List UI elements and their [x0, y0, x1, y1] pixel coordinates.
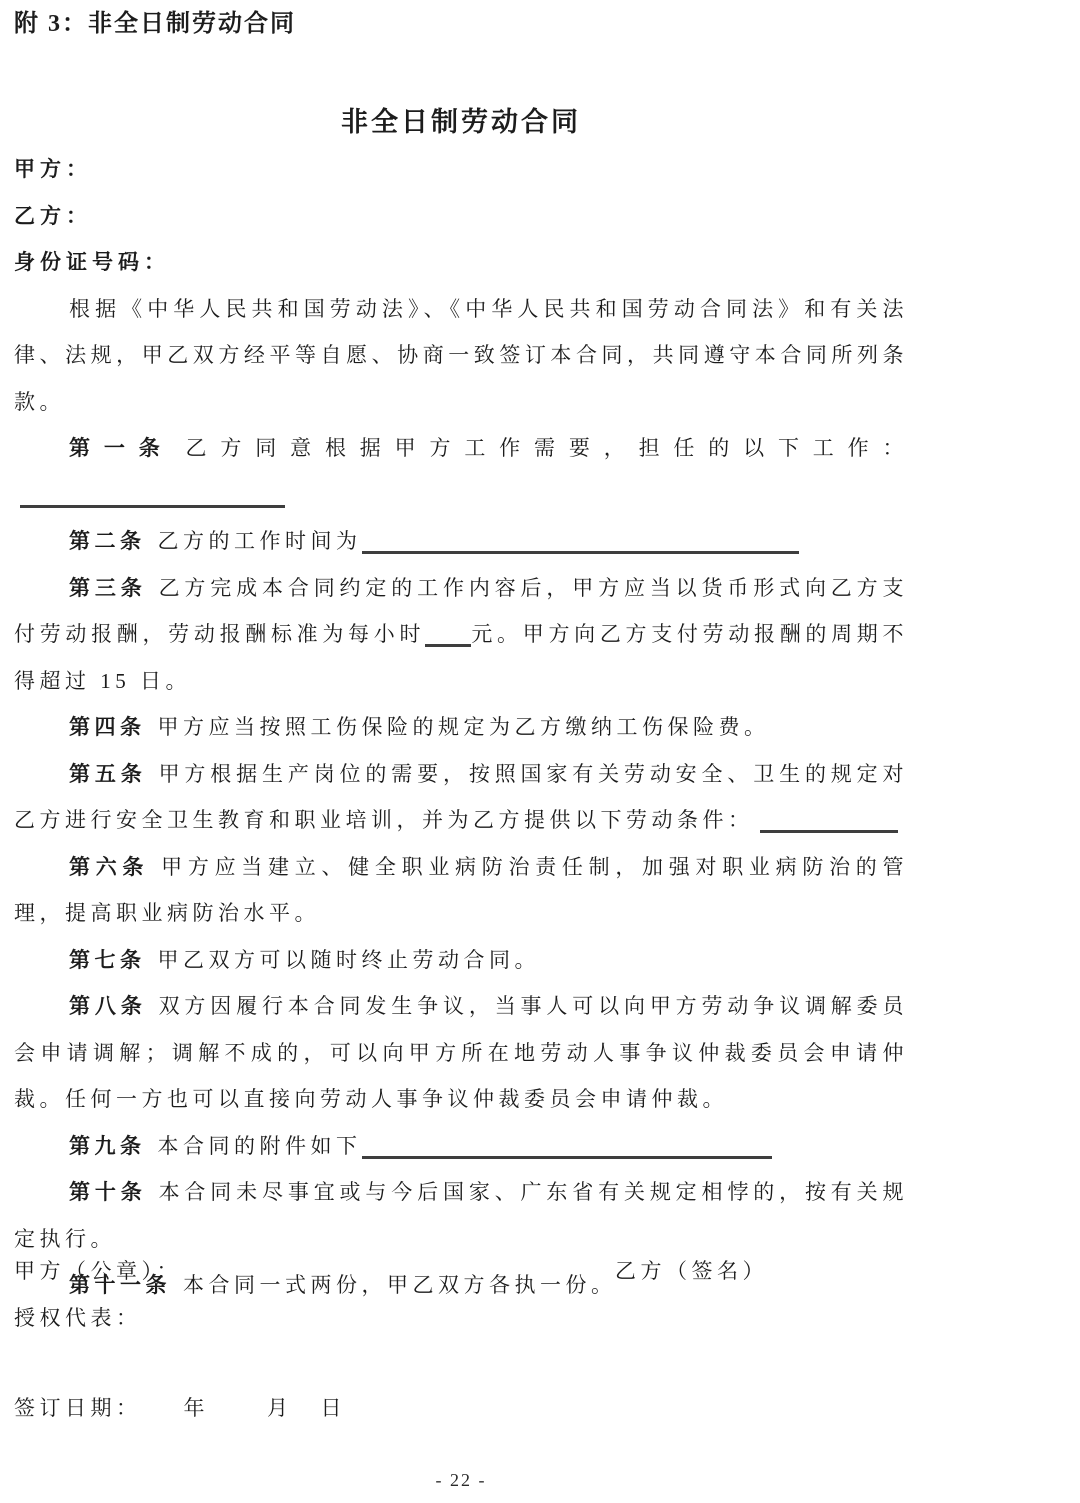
signature-row: 甲方（公章）： 乙方（签名）: [14, 1248, 908, 1295]
clause-7-text: 甲乙双方可以随时终止劳动合同。: [158, 948, 541, 972]
party-a-seal-label: 甲方（公章）：: [14, 1248, 615, 1295]
sign-date-line: 签订日期：年月日: [14, 1385, 908, 1432]
clause-8-text: 双方因履行本合同发生争议，当事人可以向甲方劳动争议调解委员会申请调解；调解不成的…: [14, 994, 908, 1111]
document-title: 非全日制劳动合同: [14, 102, 908, 142]
authorized-rep-label: 授权代表：: [14, 1295, 142, 1342]
clause-1-fill-in-blank: [20, 491, 285, 508]
party-a-label: 甲方：: [14, 146, 908, 193]
id-number-label: 身份证号码：: [14, 239, 908, 286]
clause-6-number: 第六条: [69, 855, 149, 879]
clause-9: 第九条本合同的附件如下: [14, 1123, 908, 1170]
clause-5-number: 第五条: [69, 762, 147, 786]
year-label: 年: [184, 1396, 210, 1420]
clause-10-number: 第十条: [69, 1180, 147, 1204]
clause-9-number: 第九条: [69, 1134, 146, 1158]
clause-4-number: 第四条: [69, 715, 146, 739]
clause-9-text: 本合同的附件如下: [158, 1134, 362, 1158]
clause-2: 第二条乙方的工作时间为: [14, 518, 908, 565]
clause-2-number: 第二条: [69, 529, 146, 553]
clause-2-fill-in-blank: [362, 537, 799, 554]
clause-4-text: 甲方应当按照工伤保险的规定为乙方缴纳工伤保险费。: [158, 715, 770, 739]
month-label: 月: [267, 1396, 293, 1420]
preamble-paragraph: 根据《中华人民共和国劳动法》、《中华人民共和国劳动合同法》和有关法律、法规，甲乙…: [14, 286, 908, 426]
party-b-sign-label: 乙方（签名）: [615, 1248, 768, 1295]
party-b-label: 乙方：: [14, 193, 908, 240]
clause-5-fill-in-blank: [760, 816, 898, 833]
clause-9-fill-in-blank: [362, 1142, 772, 1159]
clause-1-text: 乙方同意根据甲方工作需要，担任的以下工作：: [186, 436, 908, 460]
clause-3-number: 第三条: [69, 576, 147, 600]
clause-5: 第五条甲方根据生产岗位的需要，按照国家有关劳动安全、卫生的规定对乙方进行安全卫生…: [14, 751, 908, 844]
clause-1-number: 第一条: [69, 436, 174, 460]
clause-6: 第六条甲方应当建立、健全职业病防治责任制，加强对职业病防治的管理，提高职业病防治…: [14, 844, 908, 937]
clause-10-text: 本合同未尽事宜或与今后国家、广东省有关规定相悖的，按有关规定执行。: [14, 1180, 908, 1251]
sign-date-label: 签订日期：: [14, 1396, 142, 1420]
clause-7: 第七条甲乙双方可以随时终止劳动合同。: [14, 937, 908, 984]
clause-8: 第八条双方因履行本合同发生争议，当事人可以向甲方劳动争议调解委员会申请调解；调解…: [14, 983, 908, 1123]
clause-3: 第三条乙方完成本合同约定的工作内容后，甲方应当以货币形式向乙方支付劳动报酬，劳动…: [14, 565, 908, 705]
clause-8-number: 第八条: [69, 994, 147, 1018]
clause-1: 第一条乙方同意根据甲方工作需要，担任的以下工作：: [14, 425, 908, 518]
clause-2-text: 乙方的工作时间为: [158, 529, 362, 553]
signature-section: 甲方（公章）： 乙方（签名） 授权代表： 签订日期：年月日: [14, 1248, 908, 1432]
contract-document: 附 3：非全日制劳动合同 非全日制劳动合同 甲方： 乙方： 身份证号码： 根据《…: [14, 0, 908, 1309]
authorized-rep-row: 授权代表：: [14, 1295, 908, 1342]
clause-4: 第四条甲方应当按照工伤保险的规定为乙方缴纳工伤保险费。: [14, 704, 908, 751]
page-number: - 22 -: [14, 1470, 908, 1491]
clause-3-fill-in-blank: [425, 630, 471, 647]
day-label: 日: [321, 1396, 347, 1420]
clause-7-number: 第七条: [69, 948, 146, 972]
appendix-header: 附 3：非全日制劳动合同: [14, 0, 908, 40]
